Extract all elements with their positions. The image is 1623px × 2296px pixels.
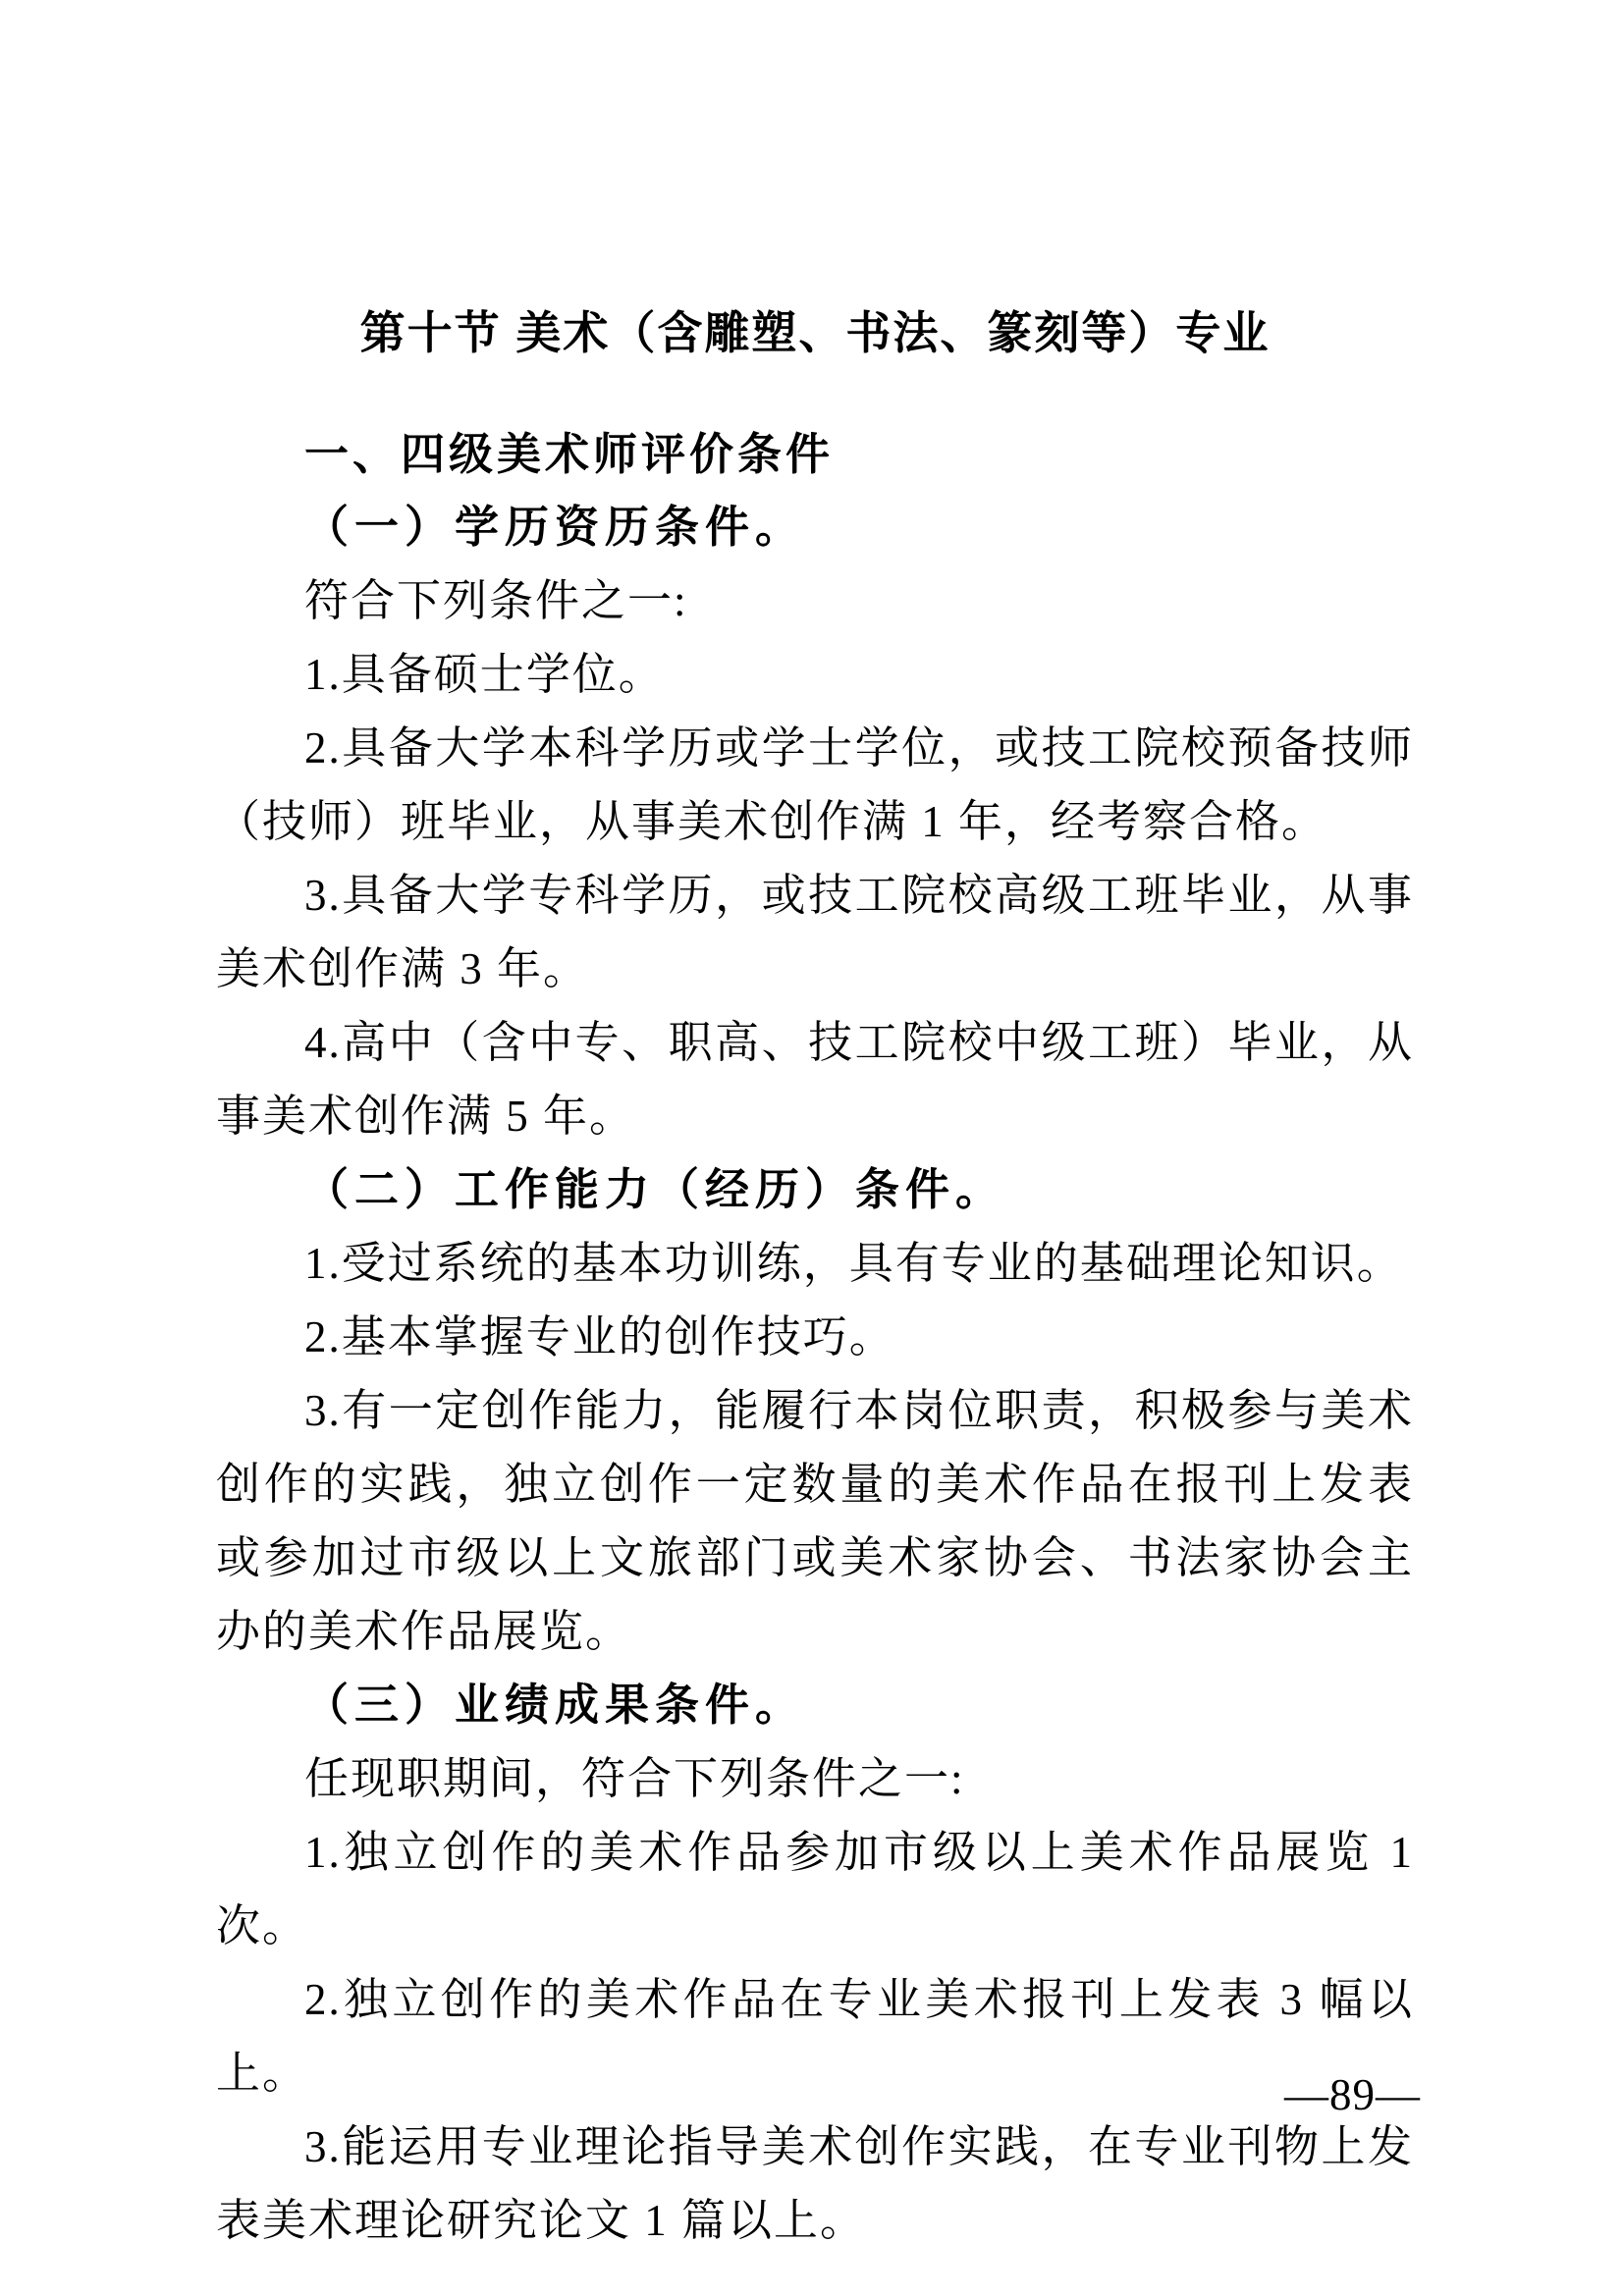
paragraph: 2.基本掌握专业的创作技巧。 <box>216 1301 1414 1374</box>
paragraph: 3.能运用专业理论指导美术创作实践，在专业刊物上发表美术理论研究论文 1 篇以上… <box>216 2110 1414 2258</box>
paragraph: 3.具备大学专科学历，或技工院校高级工班毕业，从事美术创作满 3 年。 <box>216 859 1414 1006</box>
paragraph: 3.有一定创作能力，能履行本岗位职责，积极参与美术创作的实践，独立创作一定数量的… <box>216 1374 1414 1669</box>
paragraph: 2.具备大学本科学历或学士学位，或技工院校预备技师（技师）班毕业，从事美术创作满… <box>216 712 1414 859</box>
paragraph: 1.独立创作的美术作品参加市级以上美术作品展览 1 次。 <box>216 1816 1414 1963</box>
subsection-heading-ability: （二）工作能力（经历）条件。 <box>216 1153 1414 1227</box>
paragraph: 4.高中（含中专、职高、技工院校中级工班）毕业，从事美术创作满 5 年。 <box>216 1006 1414 1153</box>
chapter-heading: 一、四级美术师评价条件 <box>216 417 1414 491</box>
paragraph: 1.受过系统的基本功训练，具有专业的基础理论知识。 <box>216 1227 1414 1301</box>
document-content: 第十节 美术（含雕塑、书法、篆刻等）专业 一、四级美术师评价条件 （一）学历资历… <box>216 294 1414 2258</box>
paragraph: 符合下列条件之一: <box>216 564 1414 638</box>
paragraph: 任现职期间，符合下列条件之一: <box>216 1742 1414 1816</box>
section-title: 第十节 美术（含雕塑、书法、篆刻等）专业 <box>216 294 1414 371</box>
subsection-heading-achievement: （三）业绩成果条件。 <box>216 1669 1414 1742</box>
paragraph: 1.具备硕士学位。 <box>216 638 1414 712</box>
document-page: 第十节 美术（含雕塑、书法、篆刻等）专业 一、四级美术师评价条件 （一）学历资历… <box>0 0 1623 2296</box>
page-number: —89— <box>1284 2073 1421 2117</box>
paragraph: 2.独立创作的美术作品在专业美术报刊上发表 3 幅以上。 <box>216 1963 1414 2110</box>
subsection-heading-education: （一）学历资历条件。 <box>216 491 1414 564</box>
